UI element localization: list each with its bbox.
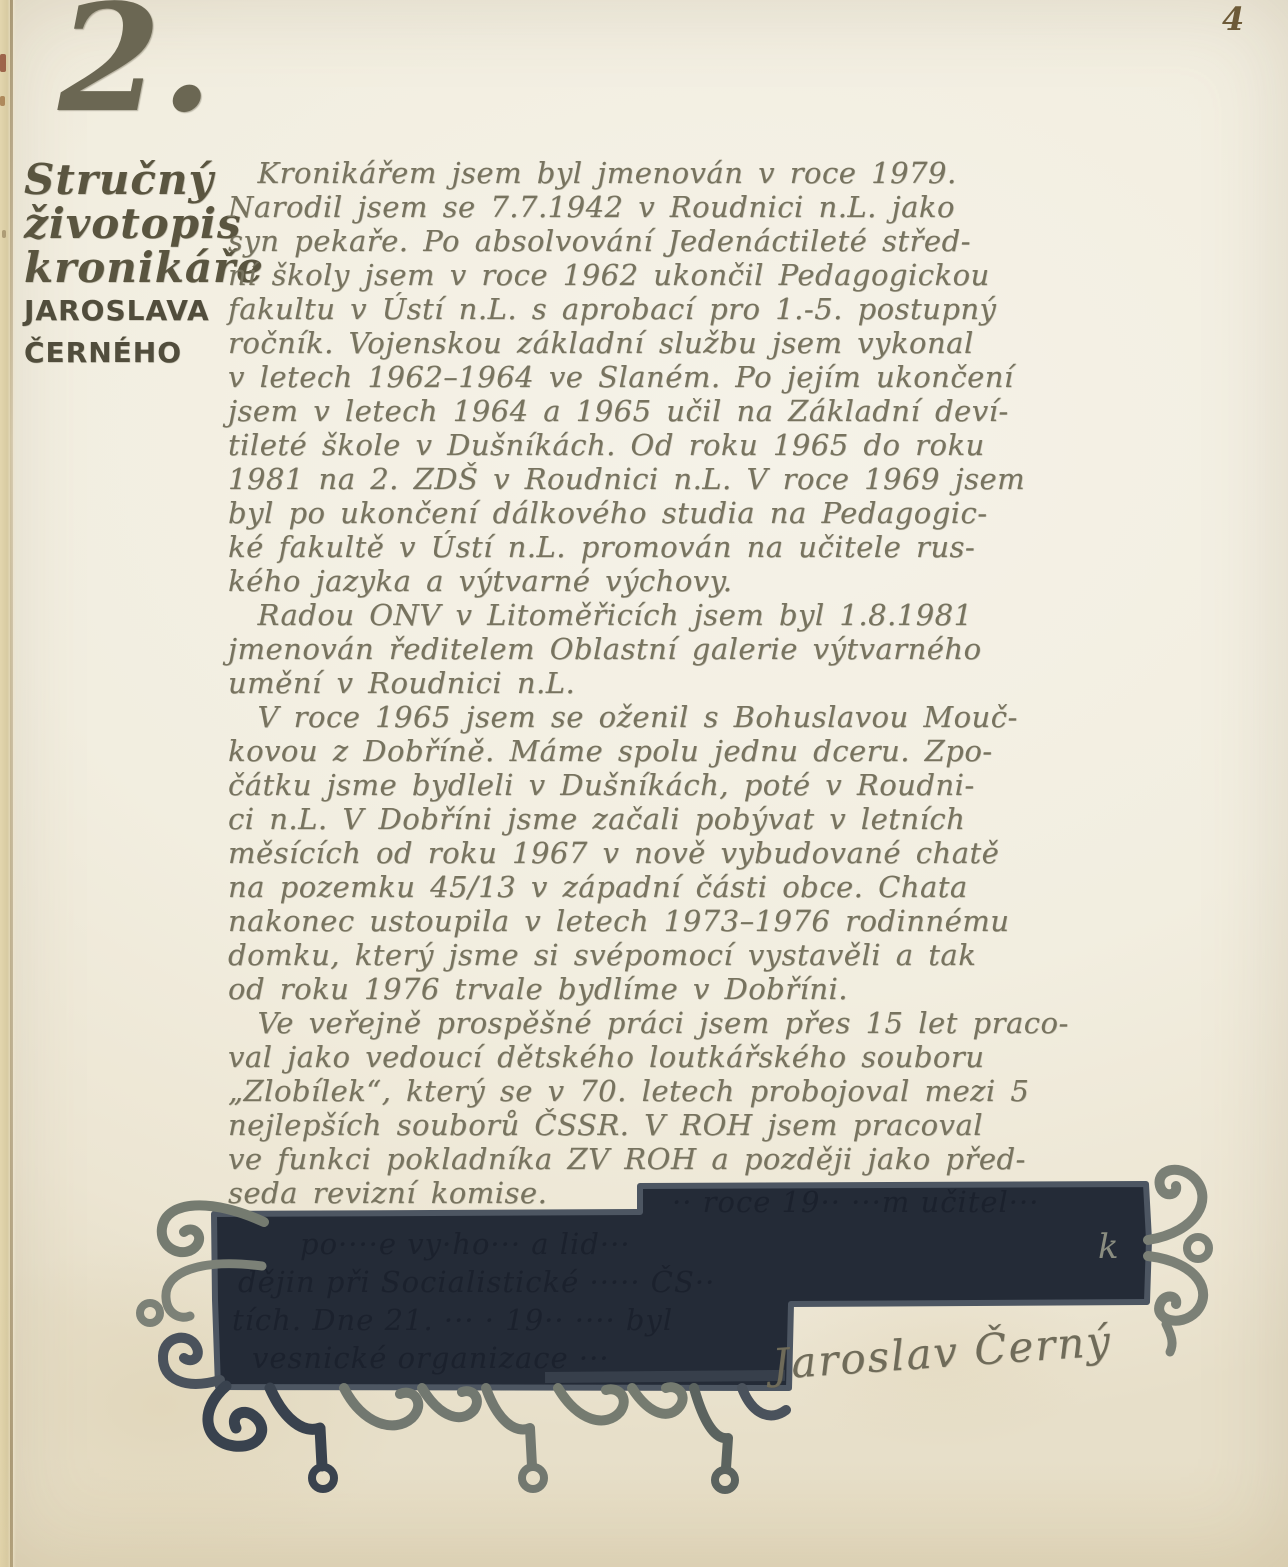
text-line: seda revizní komise. bbox=[228, 1176, 1208, 1210]
stray-letter: k bbox=[1098, 1227, 1119, 1267]
paper-edge-mark bbox=[0, 54, 6, 72]
text-line: kovou z Dobříně. Máme spolu jednu dceru.… bbox=[228, 734, 1208, 768]
text-line: od roku 1976 trvale bydlíme v Dobříni. bbox=[228, 972, 1208, 1006]
text-line: na pozemku 45/13 v západní části obce. C… bbox=[228, 870, 1208, 904]
text-line: kého jazyka a výtvarné výchovy. bbox=[228, 564, 1208, 598]
text-line: měsících od roku 1967 v nově vybudované … bbox=[228, 836, 1208, 870]
text-line: fakultu v Ústí n.L. s aprobací pro 1.-5.… bbox=[228, 292, 1208, 326]
chronicle-page: 4 2. Stručný životopis kronikáře JAROSLA… bbox=[0, 0, 1288, 1567]
text-line: 1981 na 2. ZDŠ v Roudnici n.L. V roce 19… bbox=[228, 462, 1208, 496]
page-number: 4 bbox=[1222, 0, 1244, 38]
text-line: nejlepších souborů ČSSR. V ROH jsem prac… bbox=[228, 1108, 1208, 1142]
text-line: v letech 1962–1964 ve Slaném. Po jejím u… bbox=[228, 360, 1208, 394]
paper-stain bbox=[0, 1460, 1288, 1567]
text-line: ké fakultě v Ústí n.L. promován na učite… bbox=[228, 530, 1208, 564]
text-line: Kronikářem jsem byl jmenován v roce 1979… bbox=[228, 156, 1208, 190]
flourish-right-tail bbox=[1166, 1324, 1172, 1352]
text-line: val jako vedoucí dětského loutkářského s… bbox=[228, 1040, 1208, 1074]
text-line: byl po ukončení dálkového studia na Peda… bbox=[228, 496, 1208, 530]
flourish-bottom-drop3 bbox=[694, 1388, 728, 1468]
margin-title-line: Stručný bbox=[24, 158, 224, 202]
text-line: Radou ONV v Litoměřicích jsem byl 1.8.19… bbox=[228, 598, 1208, 632]
text-line: nakonec ustoupila v letech 1973–1976 rod… bbox=[228, 904, 1208, 938]
text-line: „Zlobílek“, který se v 70. letech proboj… bbox=[228, 1074, 1208, 1108]
margin-title-line: ČERNÉHO bbox=[24, 332, 224, 374]
margin-title-line: životopis bbox=[24, 202, 224, 246]
margin-title: Stručný životopis kronikáře JAROSLAVA ČE… bbox=[24, 158, 224, 374]
text-line: domku, který jsme si svépomocí vystavěli… bbox=[228, 938, 1208, 972]
text-line: syn pekaře. Po absolvování Jedenáctileté… bbox=[228, 224, 1208, 258]
text-line: ročník. Vojenskou základní službu jsem v… bbox=[228, 326, 1208, 360]
biography-text: Kronikářem jsem byl jmenován v roce 1979… bbox=[228, 156, 1208, 1210]
margin-title-line: JAROSLAVA bbox=[24, 290, 224, 332]
flourish-ring bbox=[1187, 1237, 1209, 1259]
text-line: ní školy jsem v roce 1962 ukončil Pedago… bbox=[228, 258, 1208, 292]
flourish-bottom-wave3 bbox=[558, 1388, 624, 1420]
text-line: ci n.L. V Dobříni jsme začali pobývat v … bbox=[228, 802, 1208, 836]
flourish-bottom-end bbox=[742, 1388, 786, 1415]
text-line: jmenován ředitelem Oblastní galerie výtv… bbox=[228, 632, 1208, 666]
text-line: umění v Roudnici n.L. bbox=[228, 666, 1208, 700]
text-line: Narodil jsem se 7.7.1942 v Roudnici n.L.… bbox=[228, 190, 1208, 224]
text-line: čátku jsme bydleli v Dušníkách, poté v R… bbox=[228, 768, 1208, 802]
text-line: ve funkci pokladníka ZV ROH a později ja… bbox=[228, 1142, 1208, 1176]
flourish-bottom-drop2 bbox=[486, 1388, 532, 1466]
text-line: V roce 1965 jsem se oženil s Bohuslavou … bbox=[228, 700, 1208, 734]
text-line: jsem v letech 1964 a 1965 učil na Základ… bbox=[228, 394, 1208, 428]
margin-title-line: kronikáře bbox=[24, 246, 224, 290]
text-line: tileté škole v Dušníkách. Od roku 1965 d… bbox=[228, 428, 1208, 462]
paper-edge-mark bbox=[2, 230, 6, 238]
flourish-bottom-wave2 bbox=[422, 1388, 477, 1417]
section-number: 2. bbox=[58, 0, 213, 138]
flourish-bottom-wave4 bbox=[632, 1387, 683, 1414]
ghost-line: po····e vy·ho··· a lid··· bbox=[300, 1227, 631, 1261]
text-line: Ve veřejně prospěšné práci jsem přes 15 … bbox=[228, 1006, 1208, 1040]
redaction-smudge bbox=[545, 1370, 785, 1383]
paper-edge-mark bbox=[0, 96, 5, 106]
flourish-right-bottom bbox=[1148, 1256, 1203, 1321]
